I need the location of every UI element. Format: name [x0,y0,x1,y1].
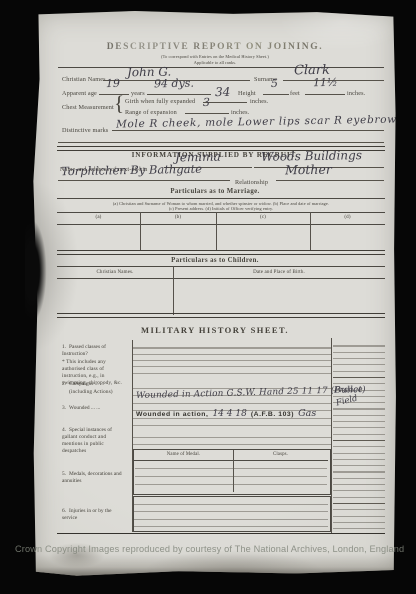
marriage-divider-1 [140,212,141,250]
blank-line [58,132,384,143]
page-subtitle-1: (To correspond with Entries on the Medic… [53,54,377,59]
mhs-item4-number: 4. [62,427,66,433]
mhs-item1-label: 1.Passed classes of Instruction? [62,344,128,358]
nok-address2-value: Torphichen By Bathgate [61,162,202,178]
wounded-stamp-suffix: (A.F.B. 103) [251,411,294,418]
marriage-col-c: (c) [216,215,310,221]
mhs-item6-label: 6.Injuries in or by the service [62,508,128,522]
marriage-col-a: (a) [57,215,140,221]
marriage-note-rule [57,198,385,199]
medal-col-name: Name of Medal. [134,452,233,458]
marriage-table-bottom-rule [57,250,385,255]
scan-shadow-blob [25,220,52,322]
years-unit-label: years [131,90,145,98]
girth-unit-label: inches. [250,98,268,106]
wounded-entry: Gas [298,408,316,419]
relationship-value: Mother [285,162,332,178]
height-feet-value: 5 [271,77,278,90]
age-years-value: 19 [106,77,120,90]
mhs-item2-number: 2. [62,381,66,387]
mhs-item5-label: 5.Medals, decorations and annuities [62,471,126,485]
expansion-value: 3 [203,96,210,109]
campaigns-side-entry: France [334,385,363,394]
document-page: DESCRIPTIVE REPORT ON JOINING. (To corre… [33,11,397,578]
mhs-item1-lines [133,342,331,377]
mhs-item4-note: gallant conduct and mentions in public d… [62,434,128,455]
mhs-item3-label: 3.Wounded ... ... [62,405,132,412]
height-inches-value: 11½ [313,76,338,89]
mhs-item4-lines [133,430,331,448]
children-table-bottom-rule [57,313,385,318]
marriage-heading: Particulars as to Marriage. [53,188,377,196]
header-rule [58,67,384,68]
christian-names-label: Christian Names [62,76,106,84]
mhs-item4-label: 4.Special instances of [62,427,134,434]
age-days-value: 94 dys. [154,77,194,91]
medal-lines [135,461,327,490]
medal-table: Name of Medal. Clasps. [133,449,331,495]
mhs-bottom-rule [57,533,385,535]
mhs-right-column-lines [333,340,385,531]
children-col-names: Christian Names. [57,270,173,276]
mhs-item1-number: 1. [62,344,66,350]
chest-label: Chest Measurement [62,104,114,112]
feet-unit-label: feet [290,90,300,98]
relationship-label: Relationship [235,179,268,187]
chest-brace: { [114,93,124,114]
inches-unit-label: inches. [347,90,365,98]
children-divider [173,266,174,315]
mhs-item3-number: 3. [62,405,66,411]
children-col-birth: Date and Place of Birth. [173,270,385,276]
mhs-item2-note: (including Actions) [69,389,113,396]
mhs-item6-number: 6. [62,508,66,514]
children-heading: Particulars as to Children. [53,257,377,265]
expansion-label: Range of expansion [125,109,177,117]
military-history-table: 1.Passed classes of Instruction? * This … [57,338,385,536]
wounded-entry-line: Wounded in action, 14 4 18 (A.F.B. 103) … [136,403,316,421]
page-title: DESCRIPTIVE REPORT ON JOINING. [53,42,377,52]
wounded-date: 14 4 18 [212,409,246,419]
marriage-table-top-rule [57,212,385,213]
marriage-note-2: (c) Present address. (d) Initials of Off… [57,206,385,211]
children-header-rule [57,278,385,279]
mhs-item6-box [133,496,331,532]
girth-value: 34 [215,85,231,99]
mhs-item2-label: 2.Campaigns ... ... [62,381,132,388]
marriage-col-d: (d) [310,215,385,221]
marriage-divider-3 [310,212,311,250]
copyright-watermark: Crown Copyright Images reproduced by cou… [15,544,415,554]
wounded-stamp-prefix: Wounded in action, [136,411,208,418]
marriage-table: (a) (b) (c) (d) [57,212,385,253]
military-history-heading: MILITARY HISTORY SHEET. [53,325,377,336]
apparent-age-label: Apparent age [62,90,97,98]
marriage-header-rule [57,224,385,225]
scanned-record-background: DESCRIPTIVE REPORT ON JOINING. (To corre… [0,0,416,594]
mhs-item5-number: 5. [62,471,66,477]
children-table-top-rule [57,266,385,267]
mhs-right-divider [331,338,332,533]
marriage-divider-2 [216,212,217,250]
children-table: Christian Names. Date and Place of Birth… [57,266,385,316]
medal-col-clasps: Clasps. [233,452,328,458]
mhs-item6-lines [134,497,328,529]
marriage-col-b: (b) [140,215,216,221]
